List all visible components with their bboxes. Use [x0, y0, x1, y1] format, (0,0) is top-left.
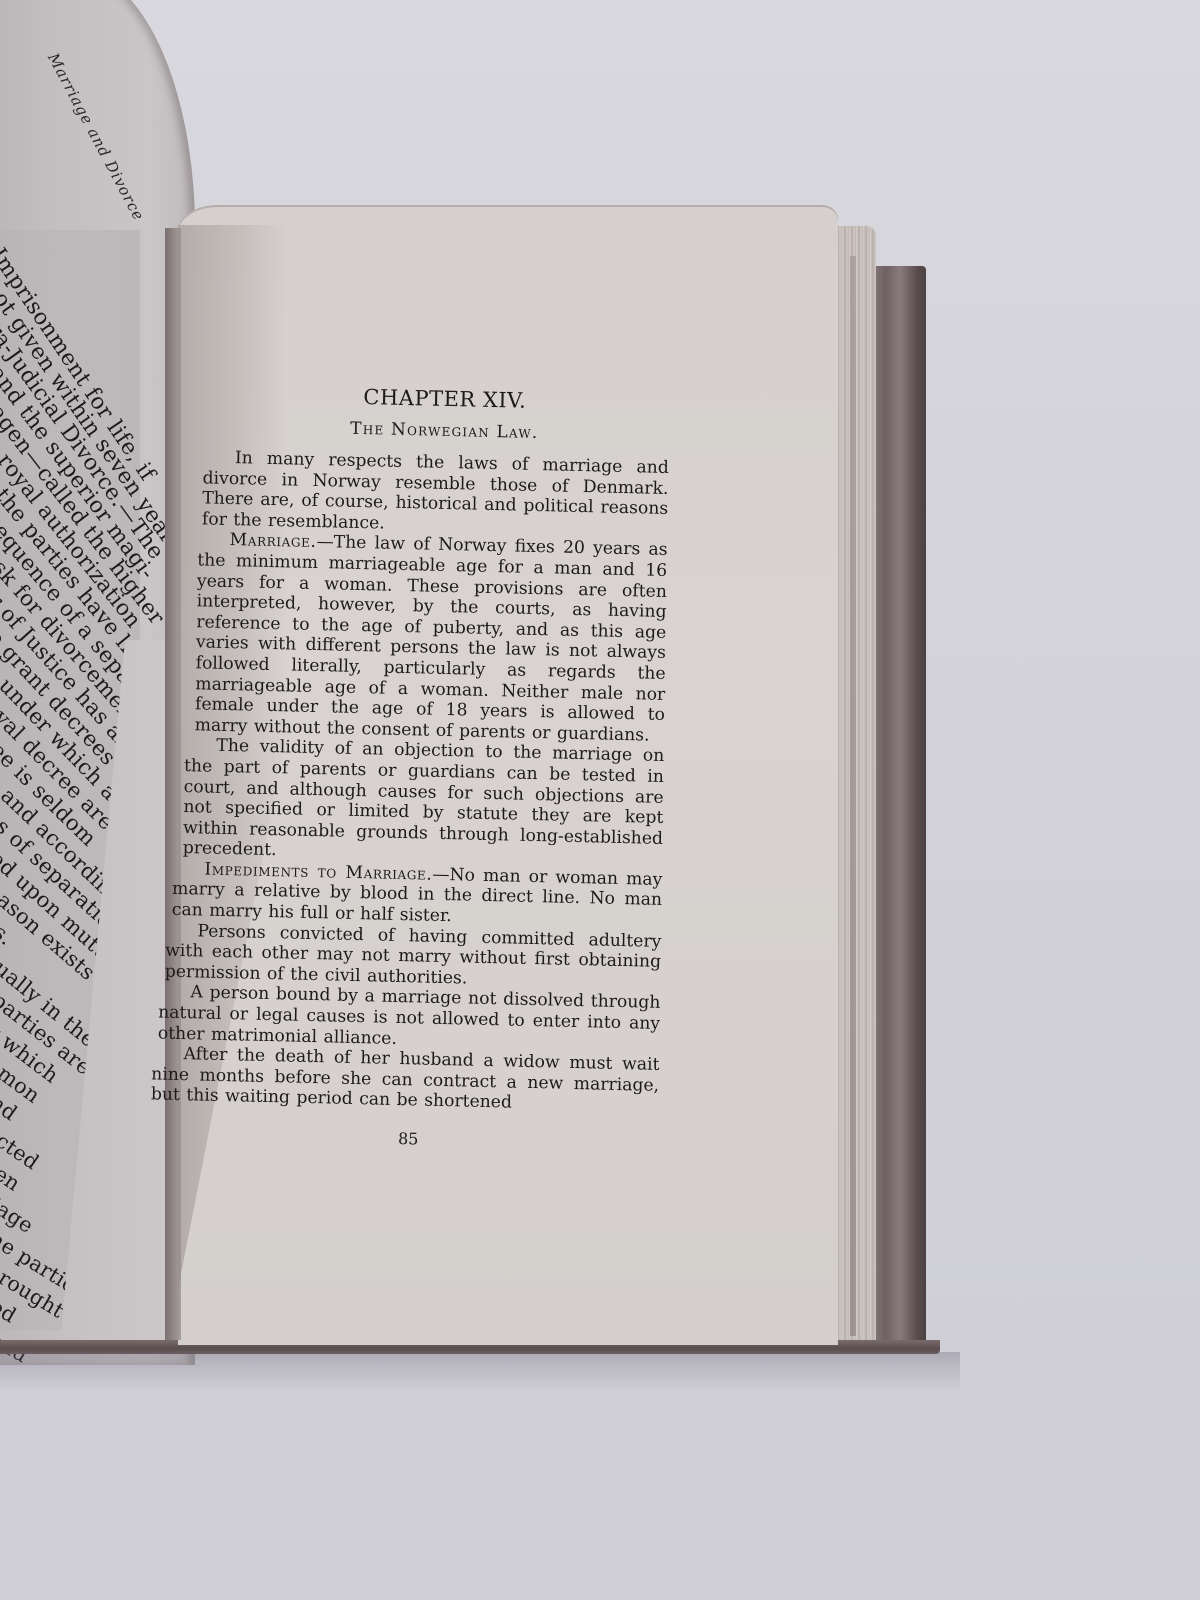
- paragraph: Persons convicted of having committed ad…: [165, 920, 662, 993]
- section-title: The Norwegian Law.: [219, 416, 669, 446]
- paragraph-impediments: Impediments to Marriage.—No man or woman…: [172, 859, 663, 932]
- book-photo: 84 Marriage and Divorce 6. Imprisonment …: [0, 0, 1200, 1600]
- book-shadow: [0, 1352, 960, 1392]
- paragraph-marriage: Marriage.—The law of Norway fixes 20 yea…: [195, 530, 668, 747]
- left-running-header: Marriage and Divorce: [44, 50, 148, 224]
- paragraph: After the death of her husband a widow m…: [151, 1044, 660, 1117]
- left-page-number: 84: [0, 0, 4, 12]
- right-page-content: CHAPTER XIV. The Norwegian Law. In many …: [138, 380, 670, 1154]
- side-heading: Marriage.: [229, 530, 316, 552]
- paragraph: A person bound by a marriage not dissolv…: [158, 982, 661, 1055]
- book-cover-edge: [868, 266, 926, 1351]
- paragraph: The validity of an objection to the marr…: [183, 735, 665, 869]
- paragraph: In many respects the laws of marriage an…: [202, 447, 669, 540]
